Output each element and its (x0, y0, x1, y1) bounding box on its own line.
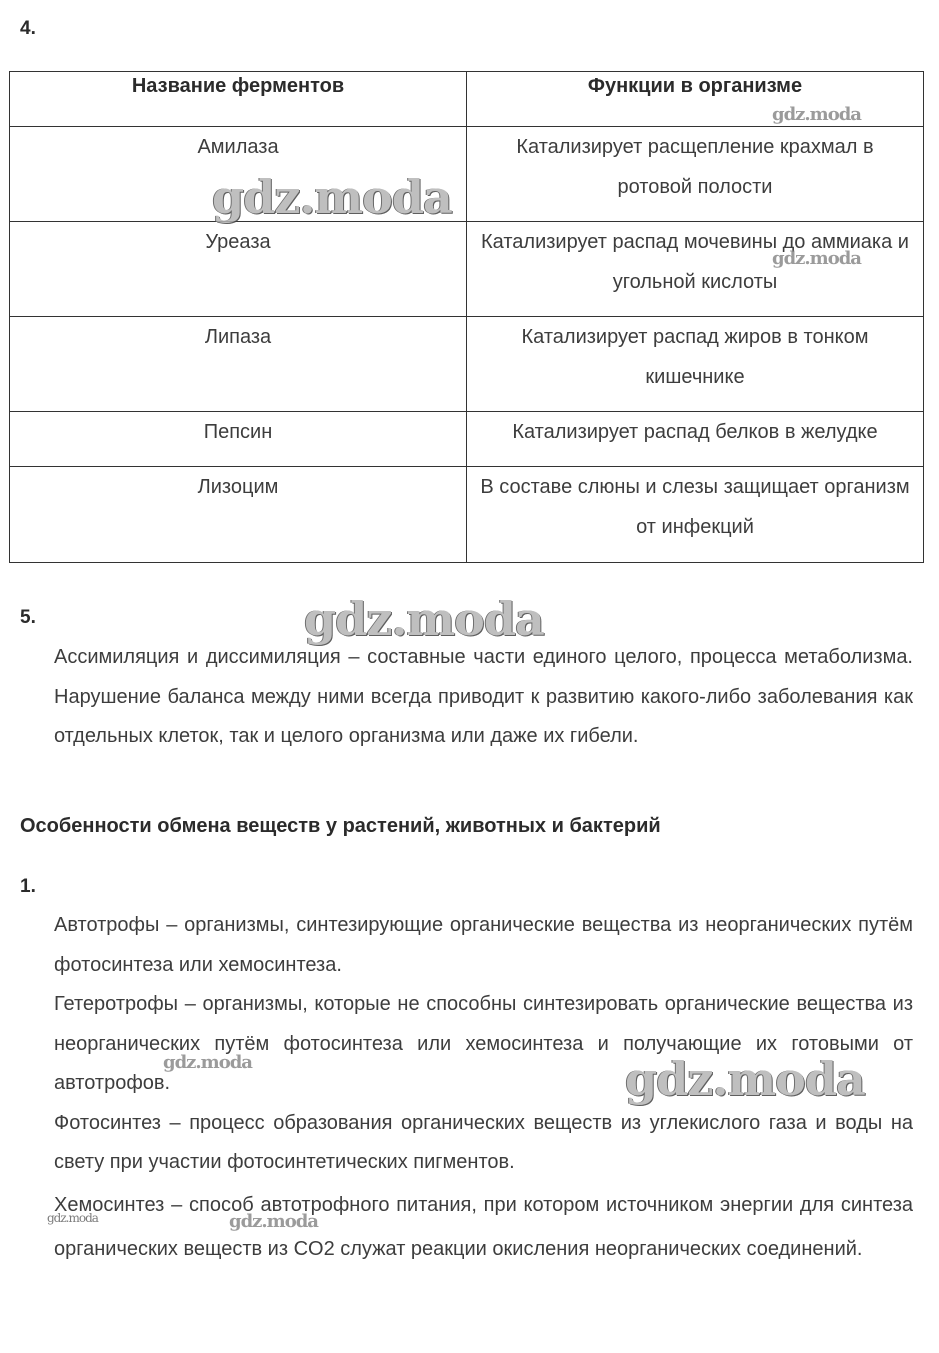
enzyme-function: Катализирует распад жиров в тонком кишеч… (467, 317, 924, 412)
definition-photosynthesis: Фотосинтез – процесс образования органич… (54, 1104, 913, 1183)
enzyme-function: Катализирует распад мочевины до аммиака … (467, 222, 924, 317)
header-function: Функции в организме (467, 72, 924, 127)
section-heading: Особенности обмена веществ у растений, ж… (20, 815, 661, 838)
enzyme-name: Амилаза (10, 127, 467, 222)
task-1-answer: Автотрофы – организмы, синтезирующие орг… (54, 906, 913, 1271)
table-row: Уреаза Катализирует распад мочевины до а… (10, 222, 924, 317)
table-row: Амилаза Катализирует расщепление крахмал… (10, 127, 924, 222)
task-5-text: Ассимиляция и диссимиляция – составные ч… (54, 638, 913, 757)
task-5-answer: Ассимиляция и диссимиляция – составные ч… (54, 638, 913, 757)
table-row: Пепсин Катализирует распад белков в желу… (10, 412, 924, 467)
definition-autotrophs: Автотрофы – организмы, синтезирующие орг… (54, 906, 913, 985)
table-header-row: Название ферментов Функции в организме (10, 72, 924, 127)
enzyme-function: Катализирует распад белков в желудке (467, 412, 924, 467)
table-row: Лизоцим В составе слюны и слезы защищает… (10, 467, 924, 563)
table-row: Липаза Катализирует распад жиров в тонко… (10, 317, 924, 412)
enzyme-name: Лизоцим (10, 467, 467, 563)
header-enzyme-name: Название ферментов (10, 72, 467, 127)
task-4-number: 4. (20, 18, 36, 40)
enzyme-name: Липаза (10, 317, 467, 412)
enzyme-name: Уреаза (10, 222, 467, 317)
definition-chemosynthesis: Хемосинтез – способ автотрофного питания… (54, 1183, 913, 1271)
task-5-number: 5. (20, 607, 36, 629)
enzyme-function: В составе слюны и слезы защищает организ… (467, 467, 924, 563)
enzyme-function: Катализирует расщепление крахмал в ротов… (467, 127, 924, 222)
definition-heterotrophs: Гетеротрофы – организмы, которые не спос… (54, 985, 913, 1104)
enzymes-table: Название ферментов Функции в организме А… (9, 71, 924, 563)
enzyme-name: Пепсин (10, 412, 467, 467)
task-1-number: 1. (20, 876, 36, 898)
